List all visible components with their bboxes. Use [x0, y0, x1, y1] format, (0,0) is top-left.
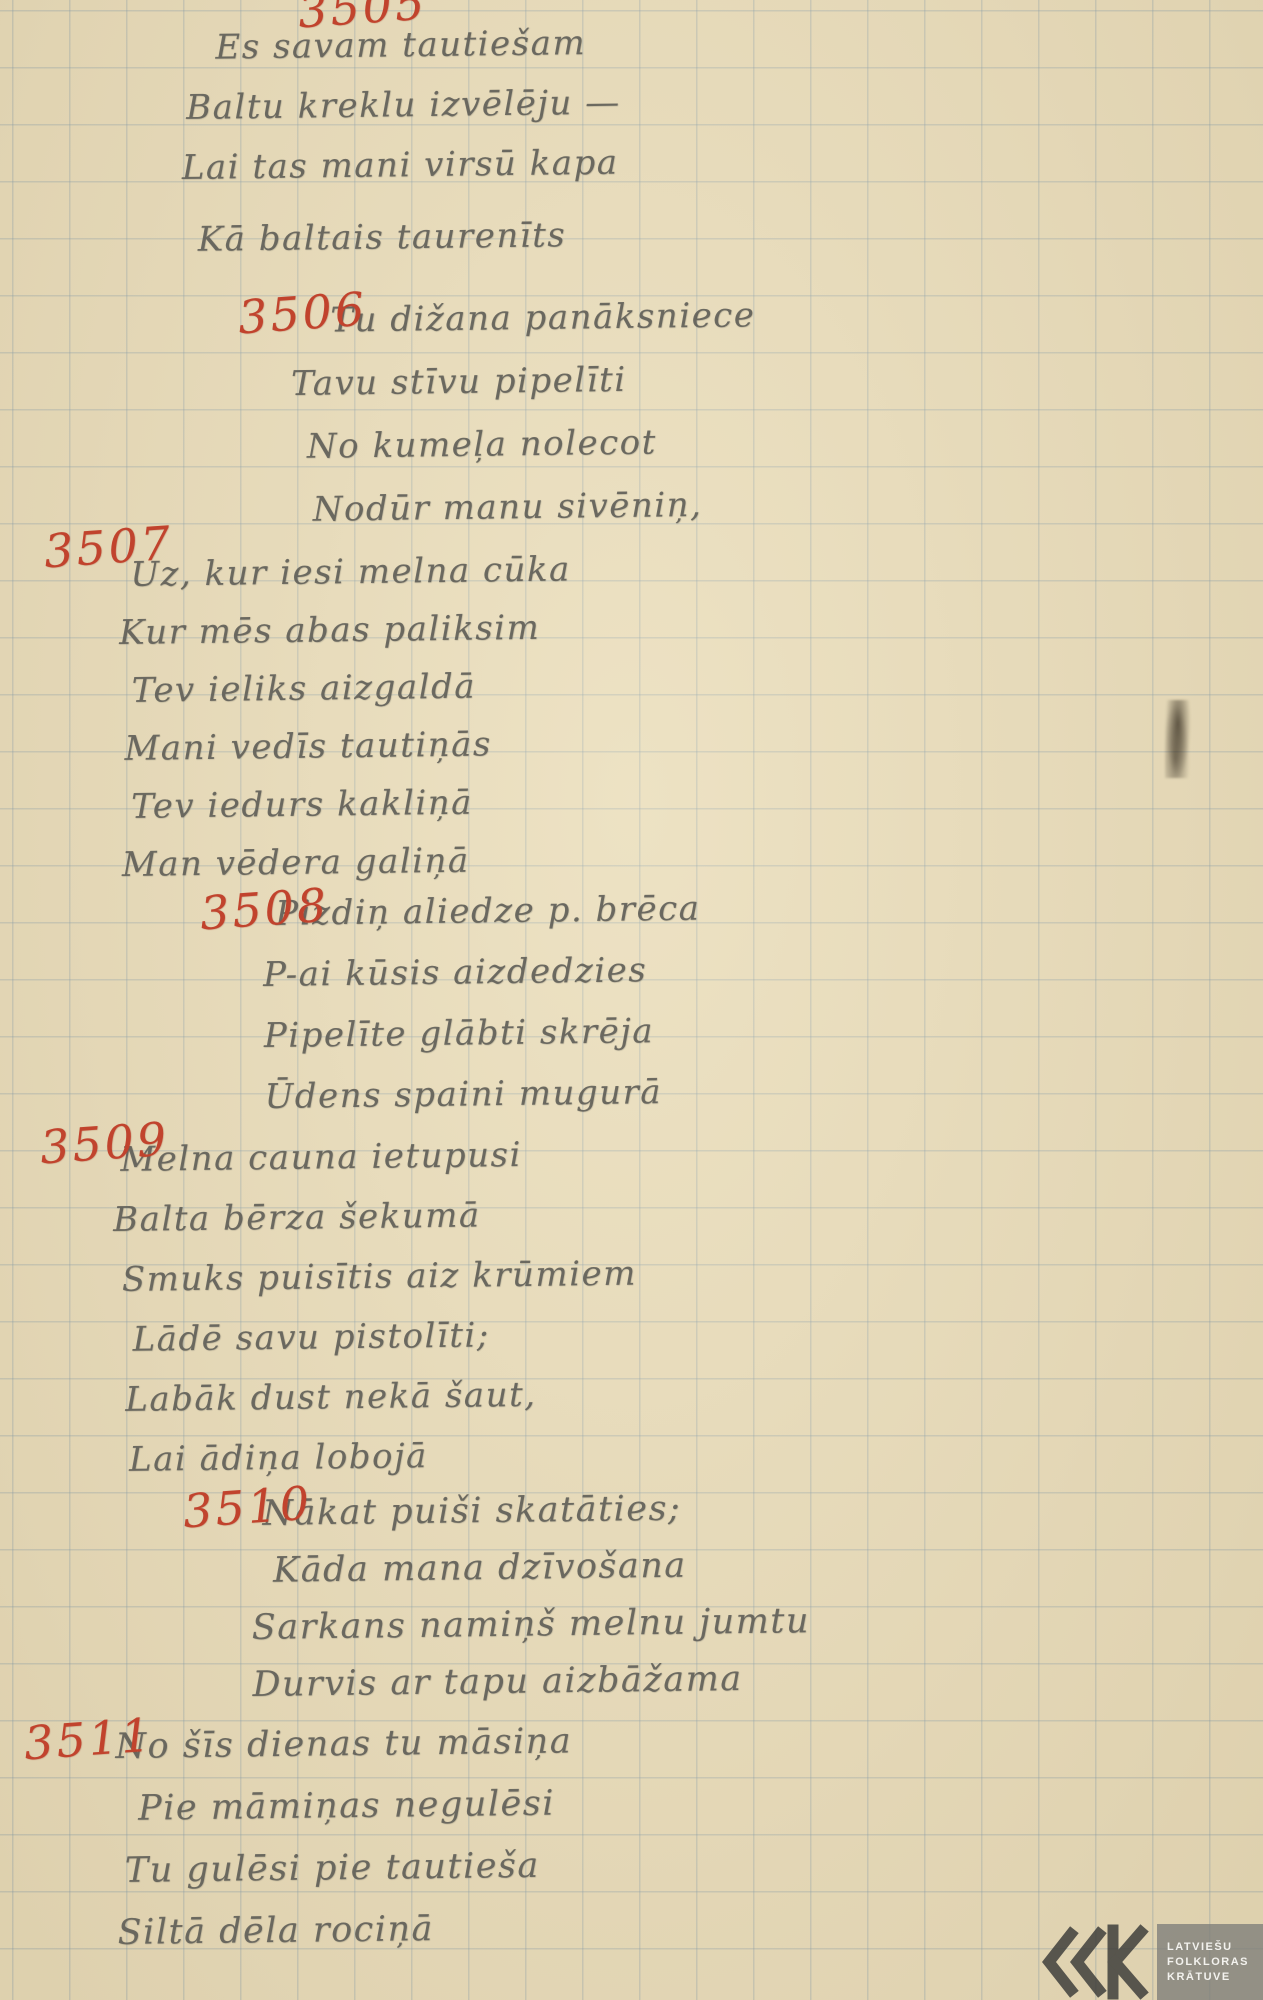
verse-line: Baltu kreklu izvēlēju — — [186, 73, 621, 138]
lfk-chevron-k-icon — [1037, 1924, 1157, 2000]
verse-line: Tu gulēsi pie tautieša — [125, 1834, 574, 1901]
watermark-line: FOLKLORAS — [1167, 1955, 1249, 1970]
verse-line: Kur mēs abas paliksim — [119, 598, 572, 662]
watermark-line: LATVIEŠU — [1167, 1940, 1249, 1955]
verse-line: Pizdiņ aliedze p. brēca — [275, 879, 701, 945]
stanza-3507: Uz, kur iesi melna cūka Kur mēs abas pal… — [118, 540, 575, 894]
verse-line: Siltā dēla rociņā — [117, 1896, 574, 1964]
verse-line: Lai tas mani virsū kapa — [181, 133, 621, 198]
stanza-3510: Nākat puiši skatāties; Kāda mana dzīvoša… — [250, 1479, 811, 1714]
verse-line: No kumeļa nolecot — [307, 410, 758, 478]
stanza-3509: Melna cauna ietupusi Balta bērza šekumā … — [112, 1124, 639, 1490]
lfk-watermark-text: LATVIEŠU FOLKLORAS KRĀTUVE — [1157, 1924, 1263, 2000]
verse-line: Melna cauna ietupusi — [120, 1124, 636, 1190]
verse-line: Tev ieliks aizgaldā — [131, 656, 572, 719]
lfk-watermark: LATVIEŠU FOLKLORAS KRĀTUVE — [1037, 1924, 1263, 2000]
verse-line: Tu dižana panāksniece — [330, 284, 756, 352]
verse-line: Lādē savu pistolīti; — [132, 1304, 638, 1370]
verse-line: Durvis ar tapu aizbāžama — [252, 1650, 811, 1714]
stanza-number: 3506 — [236, 282, 369, 345]
verse-line: Ūdens spaini mugurā — [264, 1062, 703, 1128]
verse-line: Pie māmiņas negulēsi — [138, 1772, 573, 1839]
stanza-3511: No šīs dienas tu māsiņa Pie māmiņas negu… — [115, 1710, 575, 1964]
verse-line: Tavu stīvu pipelīti — [291, 347, 757, 416]
stanza-number: 3508 — [198, 878, 331, 941]
ink-smudge — [1165, 700, 1191, 778]
verse-line: Kā baltais taurenīts — [197, 205, 622, 270]
verse-line: Smuks puisītis aiz krūmiem — [121, 1244, 637, 1310]
manuscript-page: 3505 Es savam tautiešam Baltu kreklu izv… — [0, 0, 1263, 2000]
verse-line: Lai ādiņa lobojā — [129, 1424, 640, 1490]
verse-line: Nodūr manu sivēniņ, — [312, 473, 758, 541]
stanza-number: 3511 — [22, 1708, 155, 1771]
verse-line: Kāda mana dzīvošana — [273, 1536, 810, 1600]
verse-line: Nākat puiši skatāties; — [262, 1479, 809, 1543]
stanza-number: 3507 — [42, 516, 175, 579]
verse-line: Pipelīte glābti skrēja — [263, 1001, 702, 1067]
verse-line: P-ai kūsis aizdedzies — [263, 940, 702, 1006]
verse-line: Labāk dust nekā šaut, — [125, 1364, 639, 1430]
verse-line: No šīs dienas tu māsiņa — [115, 1710, 572, 1778]
stanza-3505: Es savam tautiešam Baltu kreklu izvēlēju… — [180, 13, 623, 270]
watermark-line: KRĀTUVE — [1167, 1970, 1249, 1985]
verse-line: Mani vedīs tautiņās — [124, 714, 573, 777]
verse-line: Balta bērza šekumā — [113, 1184, 637, 1250]
verse-line: Uz, kur iesi melna cūka — [130, 540, 571, 603]
verse-line: Tev iedurs kakliņā — [131, 772, 574, 835]
verse-line: Sarkans namiņš melnu jumtu — [251, 1593, 810, 1657]
stanza-number: 3509 — [38, 1112, 171, 1175]
stanza-number: 3510 — [181, 1476, 314, 1539]
